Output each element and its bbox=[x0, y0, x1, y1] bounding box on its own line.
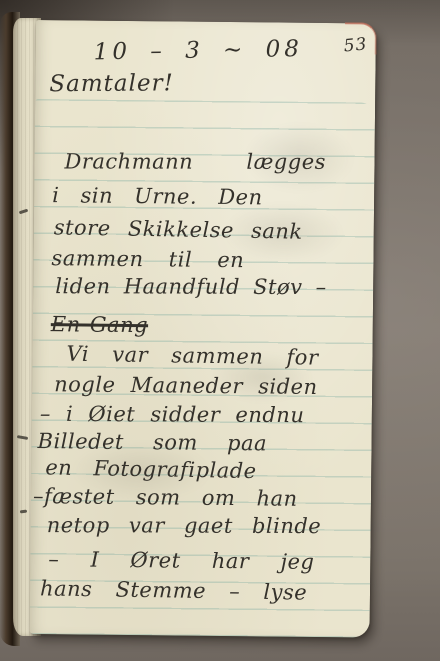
page-number: 53 bbox=[343, 34, 368, 56]
handwriting-line: nogle Maaneder siden bbox=[54, 372, 318, 399]
page-heading: Samtaler! bbox=[49, 70, 174, 97]
handwriting-line: Vi var sammen for bbox=[66, 342, 318, 370]
handwriting-line: store Skikkelse sank bbox=[54, 215, 303, 243]
handwriting-line: – I Øret har jeg bbox=[48, 547, 314, 574]
page-date: 10 – 3 ~ 08 bbox=[93, 36, 303, 65]
handwriting-line-struck: En Gang bbox=[51, 312, 149, 337]
handwriting-line: –fæstet som om han bbox=[33, 484, 298, 511]
notebook-photo: 10 – 3 ~ 08 53 Samtaler! Drachmann lægge… bbox=[0, 0, 440, 661]
stray-ink-mark bbox=[19, 209, 28, 215]
handwriting-line: en Fotografiplade bbox=[45, 455, 257, 483]
handwriting-line: Billedet som paa bbox=[37, 429, 267, 455]
stray-ink-mark bbox=[17, 435, 28, 440]
handwriting-line: liden Haandfuld Støv – bbox=[55, 274, 327, 299]
handwriting-line: sammen til en bbox=[51, 246, 244, 272]
handwriting-line: netop var gaet blinde bbox=[47, 513, 322, 538]
handwriting-line: – i Øiet sidder endnu bbox=[40, 402, 305, 427]
handwriting-line: Drachmann lægges bbox=[65, 149, 326, 173]
handwriting-line: i sin Urne. Den bbox=[52, 183, 263, 209]
stray-ink-mark bbox=[20, 510, 27, 514]
notebook-page: 10 – 3 ~ 08 53 Samtaler! Drachmann lægge… bbox=[30, 20, 376, 638]
handwriting-line: hans Stemme – lyse bbox=[40, 576, 308, 604]
